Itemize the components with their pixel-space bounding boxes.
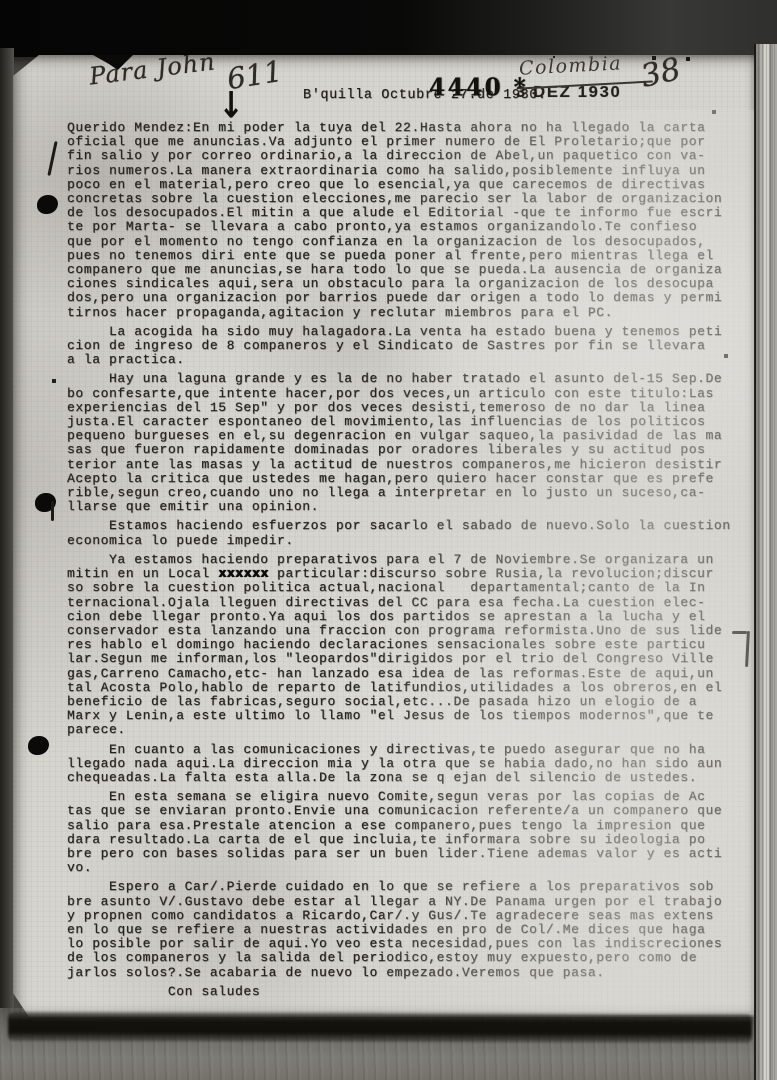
text-line: economica lo puede impedir.: [67, 534, 757, 548]
text-line: Ya estamos haciendo preparativos para el…: [67, 553, 757, 567]
text-line: experiencias del 15 Sep" y por dos veces…: [67, 401, 757, 415]
text-line: justa.El caracter espontaneo del movimie…: [67, 415, 757, 429]
text-line: Querido Mendez:En mi poder la tuya del 2…: [67, 121, 757, 135]
letter-page: Para John 611 ↓ B'quilla Octubre 27.de 1…: [13, 55, 755, 1017]
text-line: cion de ingreso de 8 companeros y el Sin…: [67, 339, 757, 353]
text-line: y propnen como candidatos a Ricardo,Car/…: [67, 909, 757, 923]
text-line: parece.: [67, 723, 757, 737]
registry-number-stamp: 4440 *: [429, 73, 528, 101]
text-line: de los companeros y la salida del period…: [67, 951, 757, 965]
text-line: dara resultado.La carta de el que inclui…: [67, 833, 757, 847]
text-line: En cuanto a las comunicaciones y directi…: [67, 743, 757, 757]
text-line: bo confesarte,que intente hacer,por dos …: [67, 387, 757, 401]
text-line: Espero a Car/.Pierde cuidado en lo que s…: [67, 880, 757, 894]
paragraph: Con saludes: [67, 985, 757, 999]
text-line: fin salio y por correo ordinario,a la di…: [67, 149, 757, 163]
scan-background-left-edge: [0, 48, 14, 1023]
paragraph: Espero a Car/.Pierde cuidado en lo que s…: [67, 880, 757, 979]
letter-body: Querido Mendez:En mi poder la tuya del 2…: [67, 121, 757, 999]
text-line: que por el momento no tengo confianza en…: [67, 235, 757, 249]
text-line: poco en el material,pero creo que lo ese…: [67, 178, 757, 192]
text-line: pequeno burgueses en el,su degenracion e…: [67, 429, 757, 443]
text-line: llarse que emitir una opinion.: [67, 500, 757, 514]
text-line: jarlos solos?.Se acabaria de nuevo lo em…: [67, 966, 757, 980]
text-line: companero que me anuncias,se hara todo l…: [67, 263, 757, 277]
text-line: ciones sindicales aqui,sera un obstaculo…: [67, 277, 757, 291]
text-line: terior ante las masas y la actitud de nu…: [67, 458, 757, 472]
down-arrow-icon: ↓: [218, 87, 244, 123]
scan-background-top: [0, 0, 777, 57]
text-line: tal Acosta Polo,hablo de reparto de lati…: [67, 681, 757, 695]
text-line: vo.: [67, 861, 757, 875]
page-bottom-edge-shadow: [8, 1012, 752, 1043]
text-line: en lo que se refiere a nuestras activida…: [67, 923, 757, 937]
text-line: res hablo el domingo haciendo declaracio…: [67, 638, 757, 652]
text-line: cion debe llegar pronto.Ya aqui los dos …: [67, 610, 757, 624]
text-line: ternacional.Ojala lleguen directivas del…: [67, 596, 757, 610]
text-line: dos,pero una organizacion por barrios pu…: [67, 291, 757, 305]
hole-punch-mark: [37, 195, 58, 214]
paragraph: La acogida ha sido muy halagadora.La ven…: [67, 325, 757, 368]
pen-mark: [47, 141, 57, 176]
text-line: de los desocupados.El mitin a que alude …: [67, 206, 757, 220]
handwritten-page-number: 38: [637, 51, 684, 95]
scan-background-right-edge: [754, 44, 777, 1080]
handwritten-country: Colombia: [518, 52, 622, 79]
paragraph: En cuanto a las comunicaciones y directi…: [67, 743, 757, 786]
paragraph: Estamos haciendo esfuerzos por sacarlo e…: [67, 519, 757, 547]
text-line: pues no tenemos diri ente que se pueda p…: [67, 249, 757, 263]
text-line: Con saludes: [67, 985, 757, 999]
scan-stage: Para John 611 ↓ B'quilla Octubre 27.de 1…: [0, 0, 777, 1080]
text-line: Estamos haciendo esfuerzos por sacarlo e…: [67, 519, 757, 533]
text-line: En esta semana se eligira nuevo Comite,s…: [67, 790, 757, 804]
pen-mark: [51, 501, 54, 521]
text-line: bre pero con bases solidas para ser un b…: [67, 847, 757, 861]
text-line: rios numeros.La manera extraordinaria co…: [67, 164, 757, 178]
text-line: rible,segun creo,cuando uno no llega a i…: [67, 486, 757, 500]
text-line: bre asunto V/.Gustavo debe estar al lleg…: [67, 895, 757, 909]
text-line: beneficio de las fabricas,seguro social,…: [67, 695, 757, 709]
text-line: Acepto la critica que ustedes me hagan,p…: [67, 472, 757, 486]
hole-punch-mark: [28, 736, 49, 755]
text-line: lo posible por salir de aqui.Yo veo esta…: [67, 937, 757, 951]
text-line: salio para esa.Prestale atencion a ese c…: [67, 819, 757, 833]
paragraph: En esta semana se eligira nuevo Comite,s…: [67, 790, 757, 875]
text-line: a la practica.: [67, 353, 757, 367]
text-line: tas que se enviaran pronto.Envie una com…: [67, 804, 757, 818]
text-line: conservador esta lanzando una fraccion c…: [67, 624, 757, 638]
text-line: chequeadas.La falta esta alla.De la zona…: [67, 771, 757, 785]
paragraph: Querido Mendez:En mi poder la tuya del 2…: [67, 121, 757, 320]
text-line: llegado nada aqui.La direccion mia y la …: [67, 757, 757, 771]
text-line: concretas sobre la cuestion elecciones,m…: [67, 192, 757, 206]
text-line: mitin en un Local xxxxxx particular:disc…: [67, 567, 757, 581]
text-line: lar.Segun me informan,los "leopardos"dir…: [67, 652, 757, 666]
text-line: Marx y Lenin,a este ultimo lo llamo "el …: [67, 709, 757, 723]
text-line: gas,Carreno Camacho,etc- han lanzado esa…: [67, 667, 757, 681]
text-line: tirnos hacer propaganda,agitacion y recl…: [67, 306, 757, 320]
text-line: sas que fueron rapidamente dominadas por…: [67, 443, 757, 457]
text-line: La acogida ha sido muy halagadora.La ven…: [67, 325, 757, 339]
paragraph: Ya estamos haciendo preparativos para el…: [67, 553, 757, 738]
text-line: Hay una laguna grande y es la de no habe…: [67, 372, 757, 386]
text-line: so sobre la cuestion politica actual,nac…: [67, 581, 757, 595]
text-line: te por Marta- se llevara a cabo pronto,y…: [67, 220, 757, 234]
paragraph: Hay una laguna grande y es la de no habe…: [67, 372, 757, 514]
text-line: oficial que me anuncias.Va adjunto el pr…: [67, 135, 757, 149]
